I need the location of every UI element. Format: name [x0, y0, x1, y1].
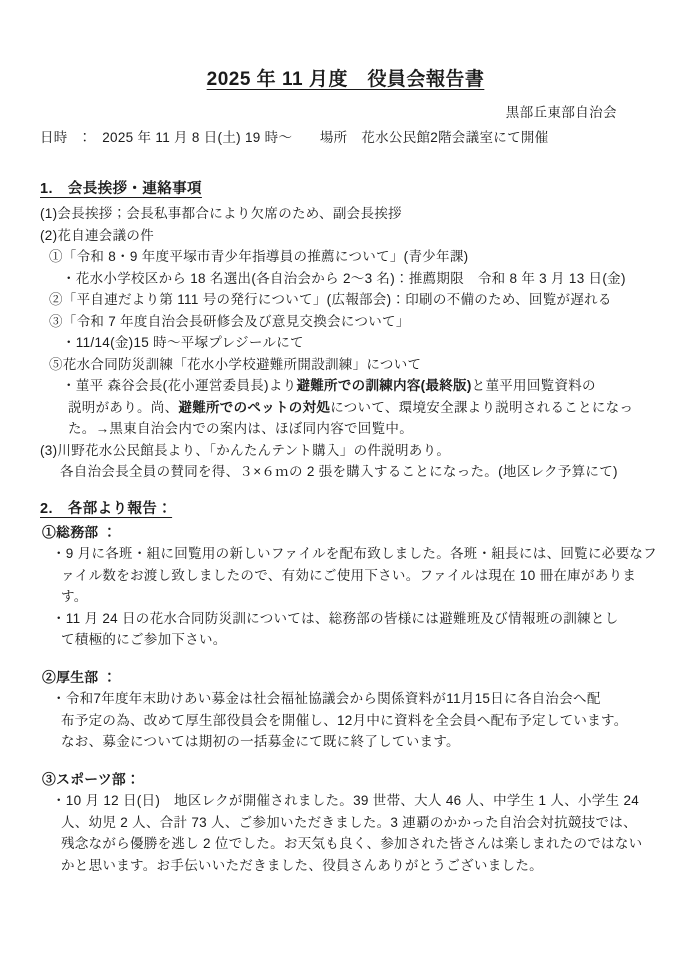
welfare-dept-line: なお、募金については期初の一括募金にて既に終了しています。	[61, 731, 691, 753]
meeting-datetime-location: 日時 ： 2025 年 11 月 8 日(土) 19 時～ 場所 花水公民館2階…	[40, 127, 691, 148]
section1-subitem-5: ⑤花水合同防災訓練「花水小学校避難所開設訓練」について	[49, 354, 691, 376]
section1-subitem-1: ①「令和 8・9 年度平塚市青少年指導員の推薦について」(青少年課)	[49, 246, 691, 268]
welfare-dept-heading: ②厚生部 ：	[42, 667, 691, 689]
detail-text: と菫平用回覧資料の	[472, 378, 596, 393]
general-affairs-line: ァイル数をお渡し致しましたので、有効にご使用下さい。ファイルは現在 10 冊在庫…	[61, 565, 691, 587]
section1-heading: 1. 会長挨拶・連絡事項	[40, 178, 691, 200]
general-affairs-line: ・11 月 24 日の花水合同防災訓については、総務部の皆様には避難班及び情報班…	[52, 608, 691, 630]
section1-subitem-3: ③「令和 7 年度自治会長研修会及び意見交換会について」	[49, 311, 691, 333]
sports-dept-line: 残念ながら優勝を逃し 2 位でした。お天気も良く、参加された皆さんは楽しまれたの…	[61, 833, 691, 855]
organization-name: 黒部丘東部自治会	[0, 103, 691, 123]
section1-subitem-3-detail: ・11/14(金)15 時～平塚プレジールにて	[62, 332, 691, 354]
section1-subitem-2: ②「平自連だより第 111 号の発行について」(広報部会)：印刷の不備のため、回…	[49, 289, 691, 311]
section1-item-greeting: (1)会長挨拶；会長私事都合により欠席のため、副会長挨拶	[40, 203, 691, 225]
section1-subitem-5-detail-line1: ・菫平 森谷会長(花小運営委員長)より避難所での訓練内容(最終版)と菫平用回覧資…	[62, 375, 691, 397]
section1-item-kajiren: (2)花自連会議の件	[40, 225, 691, 247]
section1-item-tent: (3)川野花水公民館長より、「かんたんテント購入」の件説明あり。	[40, 440, 691, 462]
general-affairs-line: て積極的にご参加下さい。	[61, 629, 691, 651]
general-affairs-heading: ①総務部 ：	[42, 522, 691, 544]
sports-dept-line: ・10 月 12 日(日) 地区レクが開催されました。39 世帯、大人 46 人…	[52, 790, 691, 812]
general-affairs-line: す。	[61, 586, 691, 608]
section1-subitem-5-detail-line2: 説明があり。尚、避難所でのペットの対処について、環境安全課より説明されることにな…	[68, 397, 691, 419]
detail-text: について、環境安全課より説明されることになっ	[330, 400, 633, 415]
bold-pet-handling: 避難所でのペットの対処	[178, 400, 330, 415]
section1-subitem-1-detail: ・花水小学校区から 18 名選出(各自治会から 2～3 名)：推薦期限 令和 8…	[62, 268, 691, 290]
section2-heading: 2. 各部より報告：	[40, 498, 691, 520]
page-title: 2025 年 11 月度 役員会報告書	[0, 0, 691, 92]
sports-dept-heading: ③スポーツ部：	[42, 769, 691, 791]
detail-text: 説明があり。尚、	[68, 400, 178, 415]
sports-dept-line: 人、幼児 2 人、合計 73 人、ご参加いただきました。3 連覇のかかった自治会…	[61, 812, 691, 834]
welfare-dept-line: 布予定の為、改めて厚生部役員会を開催し、12月中に資料を全会員へ配布予定していま…	[61, 710, 691, 732]
general-affairs-line: ・9 月に各班・組に回覧用の新しいファイルを配布致しました。各班・組長には、回覧…	[52, 543, 691, 565]
document-page: 2025 年 11 月度 役員会報告書 黒部丘東部自治会 日時 ： 2025 年…	[0, 0, 691, 958]
bold-training-content: 避難所での訓練内容(最終版)	[296, 378, 471, 393]
welfare-dept-line: ・令和7年度年末助けあい募金は社会福祉協議会から関係資料が11月15日に各自治会…	[52, 688, 691, 710]
section1-item-tent-detail: 各自治会長全員の賛同を得、３×６ｍの 2 張を購入することになった。(地区レク予…	[60, 461, 691, 483]
section1-subitem-5-detail-line3: た。→黒東自治会内での案内は、ほぼ同内容で回覧中。	[68, 418, 691, 440]
sports-dept-line: かと思います。お手伝いいただきました、役員さんありがとうございました。	[61, 855, 691, 877]
detail-text: ・菫平 森谷会長(花小運営委員長)より	[62, 378, 296, 393]
